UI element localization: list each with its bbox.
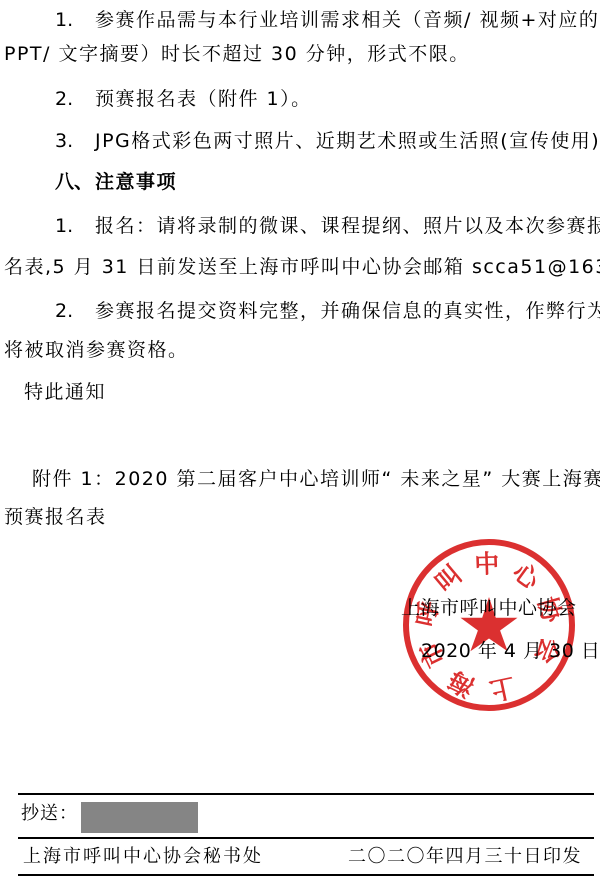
divider [18, 874, 594, 876]
body-line: 2.预赛报名表（附件 1）。 [55, 86, 312, 112]
line-text: 将被取消参赛资格。 [4, 339, 189, 361]
list-number: 2. [55, 298, 95, 324]
line-text: 参赛报名提交资料完整，并确保信息的真实性，作弊行为 [95, 300, 600, 322]
line-text: 注意事项 [95, 171, 177, 193]
official-seal: 上海市呼叫中心协会 [399, 535, 579, 715]
list-number: 八、 [55, 169, 95, 195]
closing-line: 特此通知 [24, 379, 106, 405]
section-heading: 八、注意事项 [55, 169, 177, 195]
svg-text:中: 中 [474, 549, 500, 579]
line-text: 报名：请将录制的微课、课程提纲、照片以及本次参赛报 [95, 215, 600, 237]
body-line: 2.参赛报名提交资料完整，并确保信息的真实性，作弊行为 [55, 298, 600, 324]
list-number: 2. [55, 86, 95, 112]
copy-to-label: 抄送： [21, 802, 78, 826]
svg-text:呼: 呼 [411, 598, 445, 629]
body-line: 1.参赛作品需与本行业培训需求相关（音频/ 视频+对应的 [55, 7, 599, 33]
line-text: 参赛作品需与本行业培训需求相关（音频/ 视频+对应的 [95, 9, 599, 31]
list-number: 1. [55, 213, 95, 239]
attachment-line: 附件 1：2020 第二届客户中心培训师“ 未来之星” 大赛上海赛区 [32, 466, 600, 492]
body-line: 1.报名：请将录制的微课、课程提纲、照片以及本次参赛报 [55, 213, 600, 239]
body-line: 将被取消参赛资格。 [4, 337, 189, 363]
body-line: 3.JPG格式彩色两寸照片、近期艺术照或生活照(宣传使用)。 [55, 128, 600, 154]
issue-date: 二〇二〇年四月三十日印发 [348, 845, 582, 869]
line-text: JPG格式彩色两寸照片、近期艺术照或生活照(宣传使用)。 [95, 130, 600, 152]
attachment-line: 预赛报名表 [4, 504, 107, 530]
seal-svg: 上海市呼叫中心协会 [399, 535, 579, 715]
body-line: PPT/ 文字摘要）时长不超过 30 分钟，形式不限。 [4, 41, 470, 67]
list-number: 3. [55, 128, 95, 154]
star-icon [461, 597, 518, 651]
line-text: 预赛报名表 [4, 506, 107, 528]
redaction-box [81, 802, 198, 833]
list-number: 1. [55, 7, 95, 33]
line-text: 预赛报名表（附件 1）。 [95, 88, 312, 110]
divider [18, 793, 594, 795]
line-text: 名表,5 月 31 日前发送至上海市呼叫中心协会邮箱 scca51@163.co… [4, 256, 600, 278]
issuer-name: 上海市呼叫中心协会秘书处 [23, 845, 263, 869]
svg-text:上: 上 [487, 672, 517, 706]
line-text: 特此通知 [24, 381, 106, 403]
body-line: 名表,5 月 31 日前发送至上海市呼叫中心协会邮箱 scca51@163.co… [4, 254, 600, 280]
divider [18, 837, 594, 839]
svg-text:协: 协 [532, 594, 567, 627]
line-text: PPT/ 文字摘要）时长不超过 30 分钟，形式不限。 [4, 43, 470, 65]
document-page: 1.参赛作品需与本行业培训需求相关（音频/ 视频+对应的 PPT/ 文字摘要）时… [0, 0, 600, 878]
line-text: 附件 1：2020 第二届客户中心培训师“ 未来之星” 大赛上海赛区 [32, 468, 600, 490]
